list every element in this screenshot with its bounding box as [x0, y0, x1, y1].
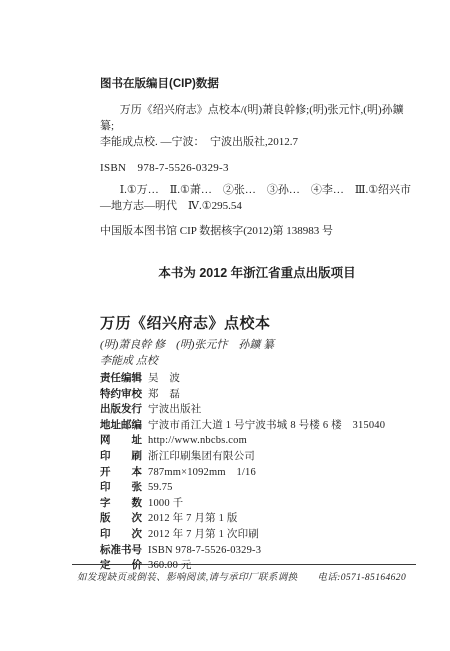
- provincial-key-project-note: 本书为 2012 年浙江省重点出版项目: [100, 263, 414, 281]
- colophon-label: 印 刷: [100, 449, 148, 465]
- book-copyright-page: 图书在版编目(CIP)数据 万历《绍兴府志》点校本/(明)萧良幹修;(明)张元忭…: [0, 0, 450, 651]
- colophon-value: 2012 年 7 月第 1 次印刷: [148, 527, 420, 543]
- cip-heading: 图书在版编目(CIP)数据: [100, 76, 414, 92]
- colophon-label: 字 数: [100, 496, 148, 512]
- colophon-value: 59.75: [148, 480, 420, 496]
- colophon-label: 网 址: [100, 433, 148, 449]
- cip-registry-number: 中国版本图书馆 CIP 数据核字(2012)第 138983 号: [100, 223, 414, 239]
- colophon-row-reviewer: 特约审校 郑 磊: [100, 387, 420, 403]
- footnote-divider: [72, 564, 416, 565]
- colophon-value: 787mm×1092mm 1/16: [148, 465, 420, 481]
- cip-record-line-1: 万历《绍兴府志》点校本/(明)萧良幹修;(明)张元忭,(明)孙鑛纂;: [100, 102, 414, 134]
- cip-classification-line-2: —地方志—明代 Ⅳ.①295.54: [100, 198, 414, 214]
- cip-record-line-2: 李能成点校. —宁波： 宁波出版社,2012.7: [100, 134, 414, 150]
- colophon-value: 宁波出版社: [148, 402, 420, 418]
- colophon-value: 浙江印刷集团有限公司: [148, 449, 420, 465]
- colophon-value: http://www.nbcbs.com: [148, 433, 420, 449]
- colophon-row-address: 地址邮编 宁波市甬江大道 1 号宁波书城 8 号楼 6 楼 315040: [100, 418, 420, 434]
- colophon-label: 开 本: [100, 465, 148, 481]
- book-authors: (明)萧良幹 修 (明)张元忭 孙鑛 纂: [100, 337, 414, 353]
- colophon-label: 印 次: [100, 527, 148, 543]
- colophon-value: 郑 磊: [148, 387, 420, 403]
- colophon-label: 特约审校: [100, 387, 148, 403]
- defective-copy-exchange-note: 如发现缺页或倒装、影响阅读,请与承印厂联系调换 电话:0571-85164620: [77, 569, 427, 583]
- colophon-label: 版 次: [100, 511, 148, 527]
- colophon-table: 责任编辑 吴 波 特约审校 郑 磊 出版发行 宁波出版社 地址邮编 宁波市甬江大…: [100, 371, 420, 574]
- colophon-label: 印 张: [100, 480, 148, 496]
- title-block: 万历《绍兴府志》点校本 (明)萧良幹 修 (明)张元忭 孙鑛 纂 李能成 点校: [100, 312, 414, 369]
- colophon-row-edition: 版 次 2012 年 7 月第 1 版: [100, 511, 420, 527]
- colophon-row-impression: 印 次 2012 年 7 月第 1 次印刷: [100, 527, 420, 543]
- colophon-row-isbn: 标准书号 ISBN 978-7-5526-0329-3: [100, 543, 420, 559]
- colophon-value: 宁波市甬江大道 1 号宁波书城 8 号楼 6 楼 315040: [148, 418, 420, 434]
- colophon-row-wordcount: 字 数 1000 千: [100, 496, 420, 512]
- colophon-value: 2012 年 7 月第 1 版: [148, 511, 420, 527]
- colophon-value: ISBN 978-7-5526-0329-3: [148, 543, 420, 559]
- colophon-value: 吴 波: [148, 371, 420, 387]
- colophon-row-website: 网 址 http://www.nbcbs.com: [100, 433, 420, 449]
- cip-classification-line-1: Ⅰ.①万… Ⅱ.①萧… ②张… ③孙… ④李… Ⅲ.①绍兴市: [100, 182, 414, 198]
- colophon-label: 地址邮编: [100, 418, 148, 434]
- colophon-value: 1000 千: [148, 496, 420, 512]
- colophon-row-printer: 印 刷 浙江印刷集团有限公司: [100, 449, 420, 465]
- colophon-label: 出版发行: [100, 402, 148, 418]
- colophon-row-format: 开 本 787mm×1092mm 1/16: [100, 465, 420, 481]
- cip-section: 图书在版编目(CIP)数据 万历《绍兴府志》点校本/(明)萧良幹修;(明)张元忭…: [100, 76, 414, 239]
- colophon-row-publisher: 出版发行 宁波出版社: [100, 402, 420, 418]
- book-proofreader: 李能成 点校: [100, 353, 414, 369]
- colophon-label: 责任编辑: [100, 371, 148, 387]
- cip-isbn: ISBN 978-7-5526-0329-3: [100, 160, 414, 176]
- colophon-row-sheets: 印 张 59.75: [100, 480, 420, 496]
- book-title: 万历《绍兴府志》点校本: [100, 312, 414, 333]
- colophon-row-editor: 责任编辑 吴 波: [100, 371, 420, 387]
- colophon-label: 标准书号: [100, 543, 148, 559]
